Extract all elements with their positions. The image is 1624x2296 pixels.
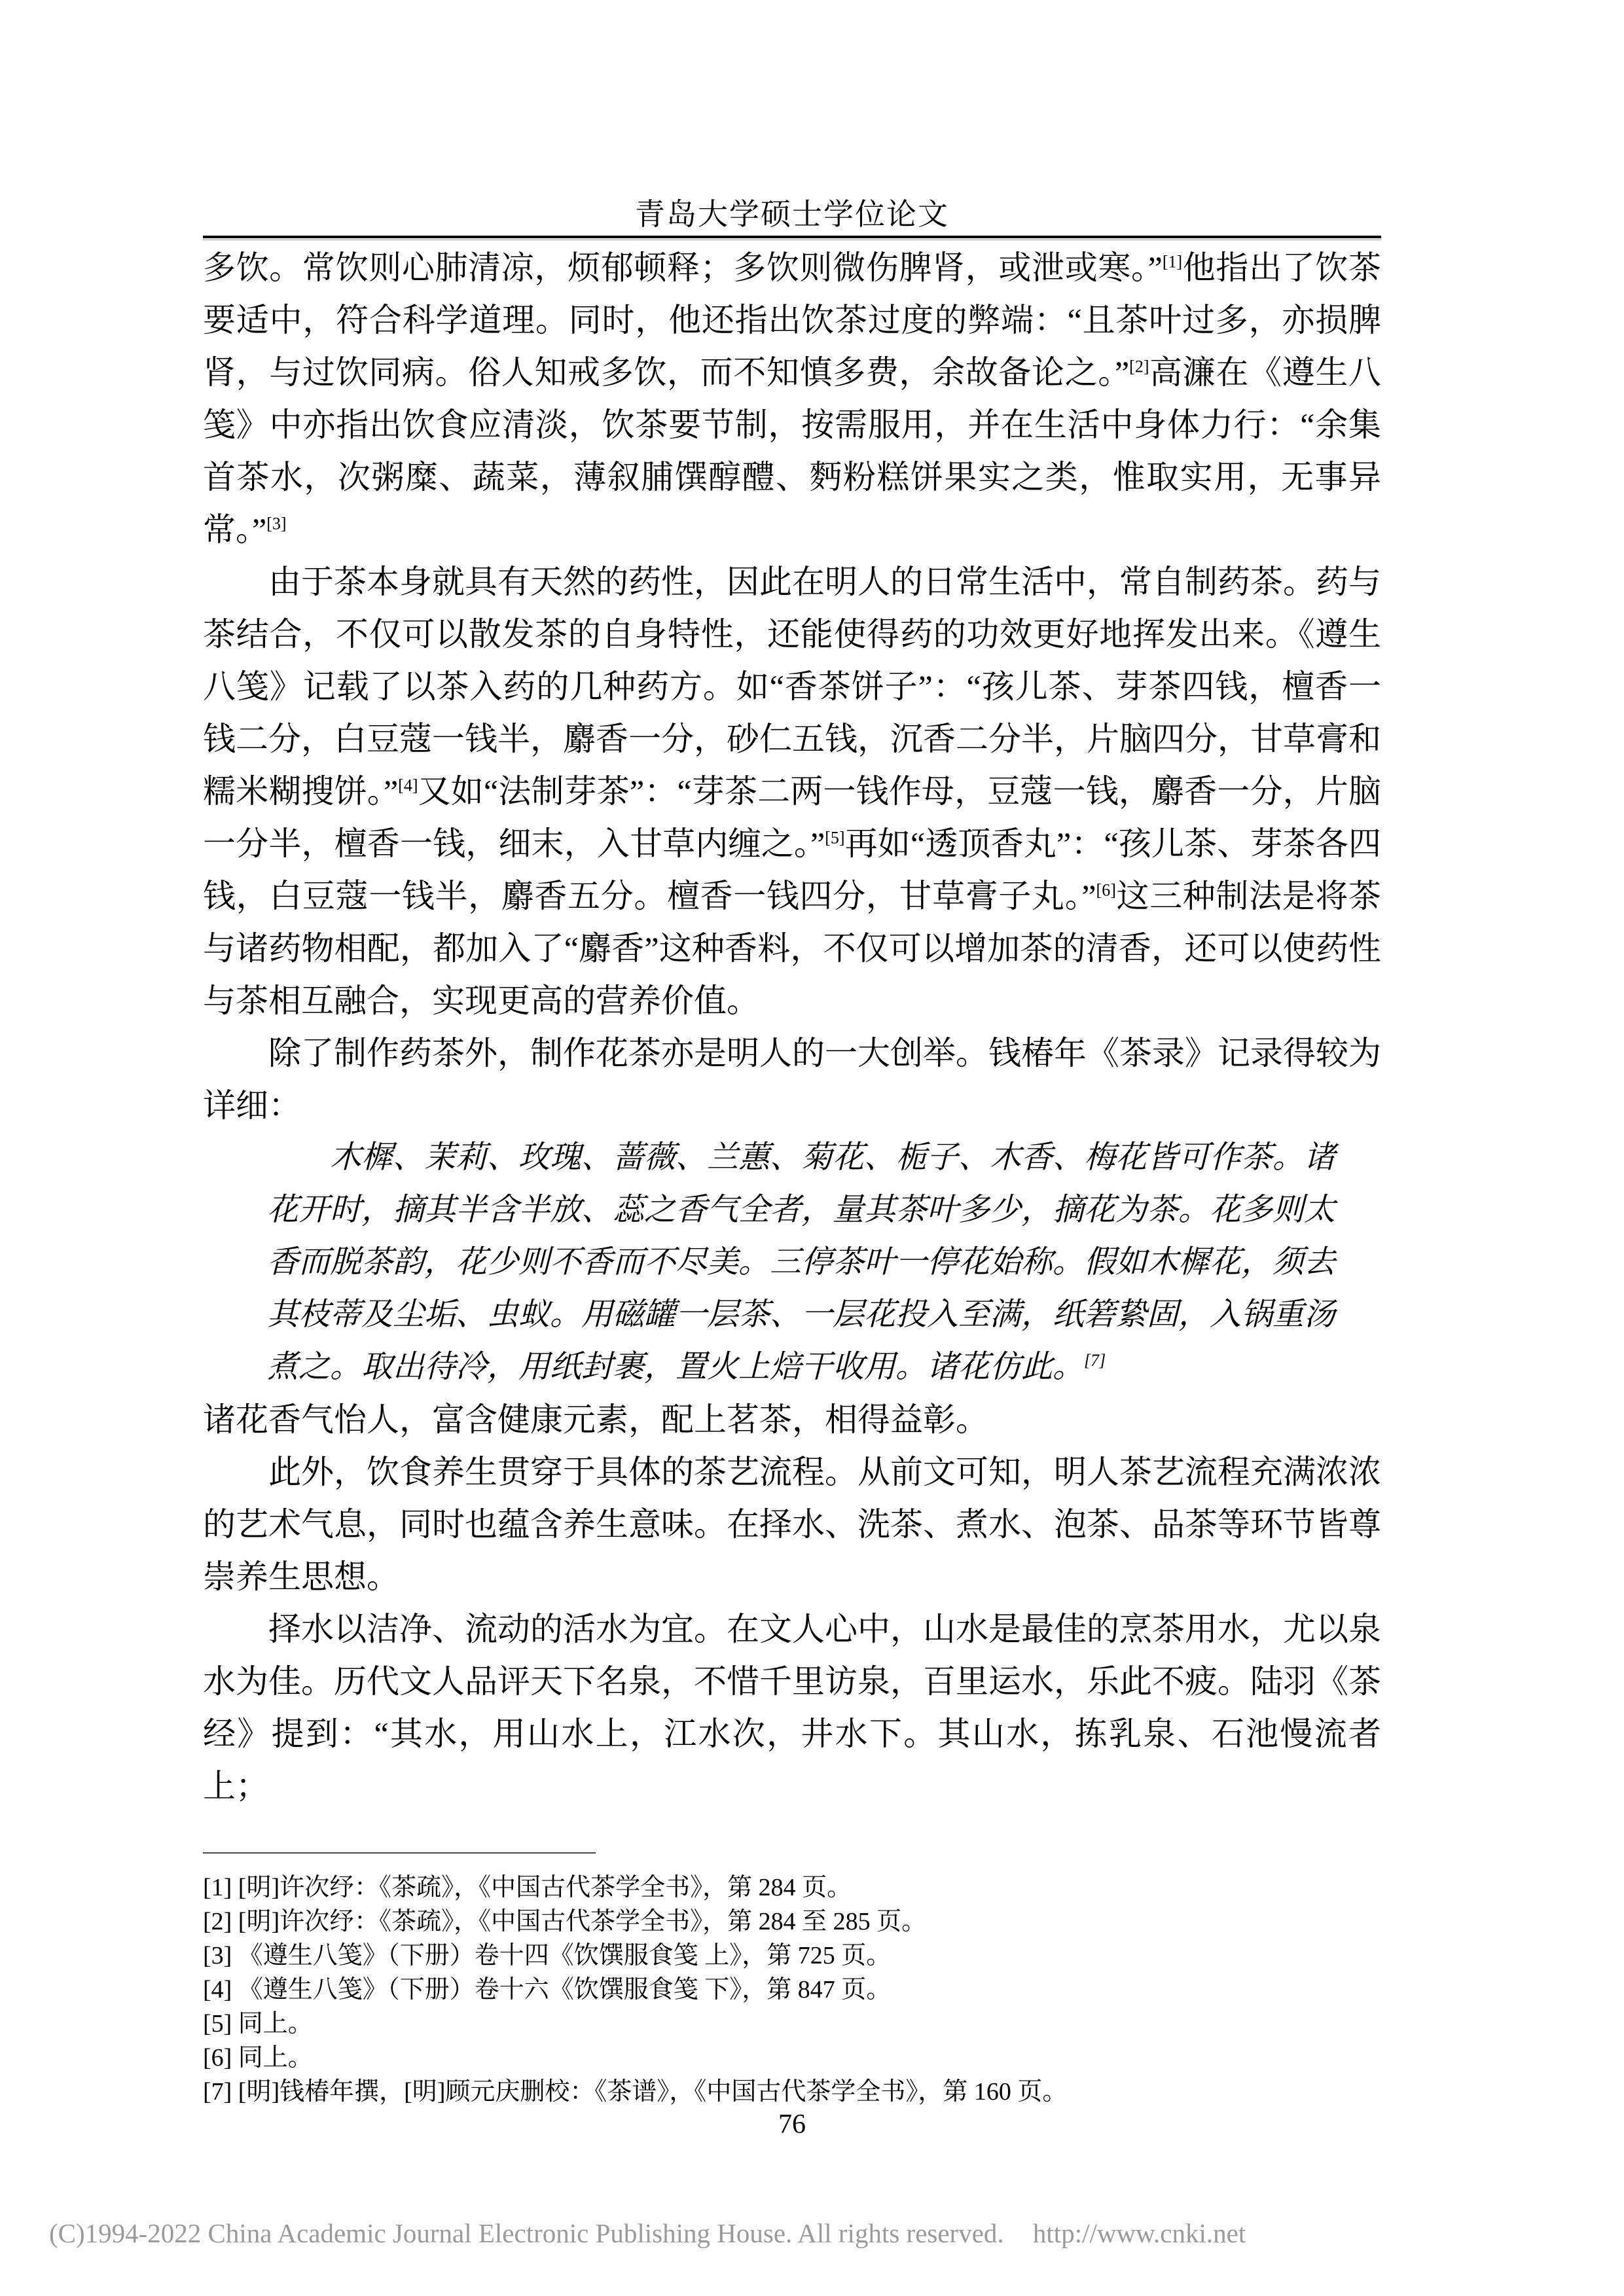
footnote-1: [1] [明]许次纾：《茶疏》，《中国古代茶学全书》，第 284 页。: [203, 1871, 1381, 1905]
footnote-7: [7] [明]钱椿年撰，[明]顾元庆删校：《茶谱》，《中国古代茶学全书》，第 1…: [203, 2075, 1381, 2109]
watermark-url: http://www.cnki.net: [1033, 2218, 1246, 2248]
footnote-marker: [3]: [266, 514, 286, 533]
paragraph-water-selection: 择水以洁净、流动的活水为宜。在文人心中，山水是最佳的烹茶用水，尤以泉水为佳。历代…: [203, 1603, 1381, 1812]
body-text: 多饮。常饮则心肺清凉，烦郁顿释；多饮则微伤脾肾，或泄或寒。”[1]他指出了饮茶要…: [203, 242, 1381, 1812]
footnote-2: [2] [明]许次纾：《茶疏》，《中国古代茶学全书》，第 284 至 285 页…: [203, 1905, 1381, 1939]
cnki-watermark: (C)1994-2022 China Academic Journal Elec…: [49, 2217, 1246, 2249]
footnote-marker: [6]: [1096, 880, 1116, 899]
footnote-marker: [5]: [825, 828, 844, 847]
paragraph-tea-art-process: 此外，饮食养生贯穿于具体的茶艺流程。从前文可知，明人茶艺流程充满浓浓的艺术气息，…: [203, 1446, 1381, 1603]
block-quote-chalu: 木樨、茉莉、玫瑰、蔷薇、兰蕙、菊花、栀子、木香、梅花皆可作茶。诸花开时，摘其半含…: [267, 1132, 1335, 1393]
header-rule: [203, 236, 1381, 240]
footnote-marker: [1]: [1163, 252, 1182, 271]
page-header-title: 青岛大学硕士学位论文: [203, 196, 1381, 233]
footnote-separator: [203, 1852, 596, 1854]
footnote-marker: [4]: [398, 776, 418, 795]
paragraph-quote-followup: 诸花香气怡人，富含健康元素，配上茗茶，相得益彰。: [203, 1393, 1381, 1446]
footnote-5: [5] 同上。: [203, 2007, 1381, 2041]
page-content: 青岛大学硕士学位论文 多饮。常饮则心肺清凉，烦郁顿释；多饮则微伤脾肾，或泄或寒。…: [203, 196, 1381, 1812]
paragraph-continuation: 多饮。常饮则心肺清凉，烦郁顿释；多饮则微伤脾肾，或泄或寒。”[1]他指出了饮茶要…: [203, 242, 1381, 556]
page-number: 76: [203, 2109, 1381, 2140]
footnote-marker: [7]: [1084, 1351, 1106, 1370]
footnote-6: [6] 同上。: [203, 2041, 1381, 2075]
footnote-marker: [2]: [1129, 357, 1149, 376]
footnote-4: [4] 《遵生八笺》（下册）卷十六《饮馔服食笺 下》，第 847 页。: [203, 1973, 1381, 2007]
paragraph-flower-tea-intro: 除了制作药茶外，制作花茶亦是明人的一大创举。钱椿年《茶录》记录得较为详细：: [203, 1027, 1381, 1132]
footnote-3: [3] 《遵生八笺》（下册）卷十四《饮馔服食笺 上》，第 725 页。: [203, 1939, 1381, 1973]
paragraph-medicinal-tea: 由于茶本身就具有天然的药性，因此在明人的日常生活中，常自制药茶。药与茶结合，不仅…: [203, 556, 1381, 1027]
footnote-area: [1] [明]许次纾：《茶疏》，《中国古代茶学全书》，第 284 页。 [2] …: [203, 1852, 1381, 2109]
watermark-copyright: (C)1994-2022 China Academic Journal Elec…: [49, 2218, 1004, 2248]
thesis-page: 青岛大学硕士学位论文 多饮。常饮则心肺清凉，烦郁顿释；多饮则微伤脾肾，或泄或寒。…: [0, 0, 1624, 2296]
